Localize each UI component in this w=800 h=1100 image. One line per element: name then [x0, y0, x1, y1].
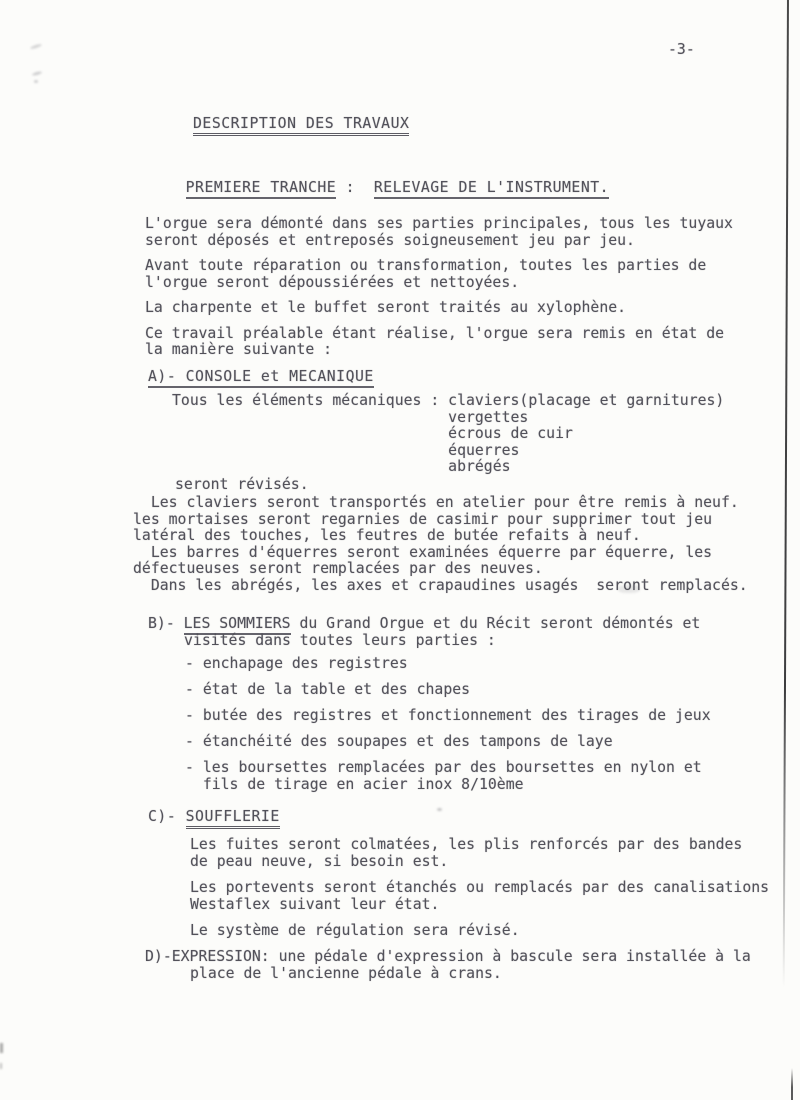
scan-smudge [0, 1063, 2, 1069]
section-subtitle: PREMIERE TRANCHE : RELEVAGE DE L'INSTRUM… [148, 163, 609, 213]
section-d-line1: D)-EXPRESSION: une pédale d'expression à… [145, 949, 751, 966]
intro-paragraph-2: Avant toute réparation ou transformation… [145, 258, 733, 291]
page-number: -3- [668, 42, 695, 59]
subtitle-label: PREMIERE TRANCHE [186, 179, 337, 199]
section-c-paragraph-3: Le système de régulation sera révisé. [190, 923, 769, 940]
section-a-revised: seront révisés. [175, 477, 309, 494]
intro-paragraphs: L'orgue sera démonté dans ses parties pr… [145, 216, 733, 368]
section-b-heading-line2: visités dans toutes leurs parties : [148, 633, 700, 650]
section-b-heading-line1: B)- LES SOMMIERS du Grand Orgue et du Ré… [148, 616, 700, 633]
section-d-label: D)-EXPRESSION: [145, 948, 270, 965]
scan-smudge [437, 808, 442, 811]
scan-smudge [30, 43, 42, 50]
scan-smudge [34, 80, 38, 83]
intro-paragraph-4: Ce travail préalable étant réalise, l'or… [145, 326, 733, 359]
intro-paragraph-3: La charpente et le buffet seront traités… [145, 300, 733, 317]
section-a-mechanics-list: Tous les éléments mécaniques : claviers(… [172, 393, 724, 476]
list-item: - butée des registres et fonctionnement … [185, 708, 711, 725]
list-item: - état de la table et des chapes [185, 682, 711, 699]
section-b-heading: B)- LES SOMMIERS du Grand Orgue et du Ré… [148, 616, 700, 649]
section-a-label: A)- [148, 368, 186, 385]
intro-paragraph-1: L'orgue sera démonté dans ses parties pr… [145, 216, 733, 249]
section-c-label: C)- [148, 808, 186, 825]
section-c-paragraph-2: Les portevents seront étanchés ou rempla… [190, 880, 769, 913]
section-c-body: Les fuites seront colmatées, les plis re… [190, 837, 769, 950]
scan-smudge [32, 71, 42, 76]
section-d-line2: place de l'ancienne pédale à crans. [145, 966, 751, 983]
scanned-document-page: -3- DESCRIPTION DES TRAVAUX PREMIERE TRA… [0, 0, 800, 1100]
section-b-items: - enchapage des registres - état de la t… [185, 656, 711, 803]
section-c-paragraph-1: Les fuites seront colmatées, les plis re… [190, 837, 769, 870]
section-a-title: CONSOLE et MECANIQUE [186, 368, 374, 385]
section-d-text: une pédale d'expression à bascule sera i… [270, 948, 751, 965]
scan-edge-line-bottom [791, 1068, 793, 1100]
list-item: - les boursettes remplacées par des bour… [185, 760, 711, 793]
scan-smudge [0, 1043, 3, 1053]
section-b-heading-rest: du Grand Orgue et du Récit seront démont… [291, 615, 701, 632]
subtitle-separator: : [336, 179, 374, 196]
subtitle-value: RELEVAGE DE L'INSTRUMENT. [374, 179, 609, 199]
document-title: DESCRIPTION DES TRAVAUX [193, 116, 409, 133]
section-c-title: SOUFFLERIE [186, 808, 280, 829]
document-title-text: DESCRIPTION DES TRAVAUX [193, 115, 409, 136]
section-a-heading-text: A)- CONSOLE et MECANIQUE [148, 368, 374, 388]
list-item: - enchapage des registres [185, 656, 711, 673]
section-a-body: Les claviers seront transportés en ateli… [133, 495, 748, 594]
section-b-label: B)- [148, 615, 184, 632]
section-a-heading: A)- CONSOLE et MECANIQUE [148, 369, 374, 386]
section-d: D)-EXPRESSION: une pédale d'expression à… [145, 949, 751, 982]
scan-edge-line [783, 0, 789, 988]
section-c-heading: C)- SOUFFLERIE [148, 809, 280, 826]
list-item: - étanchéité des soupapes et des tampons… [185, 734, 711, 751]
